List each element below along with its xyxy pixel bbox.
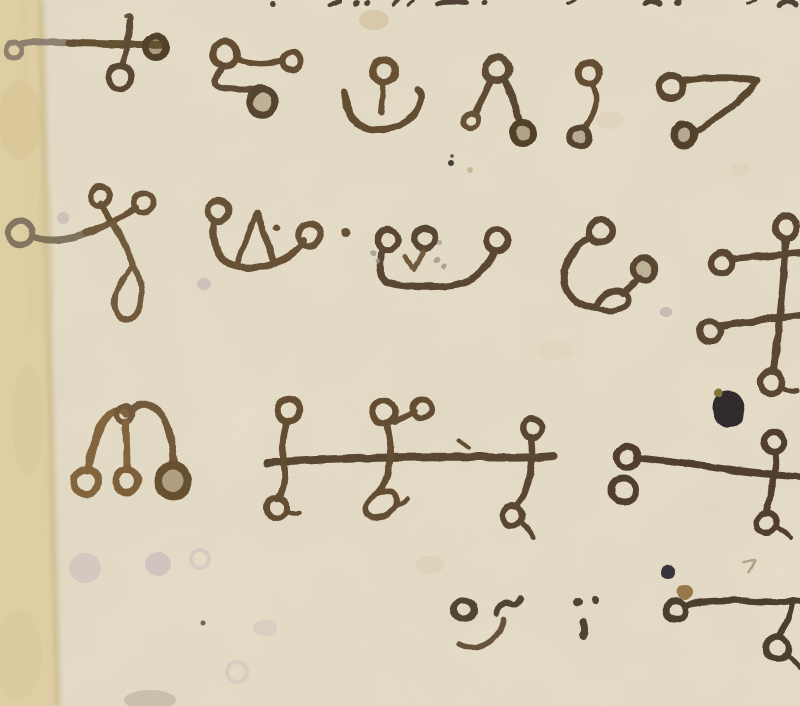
paper-grain-texture	[0, 0, 800, 706]
manuscript-page	[0, 0, 800, 706]
screenshot-root	[0, 0, 800, 706]
